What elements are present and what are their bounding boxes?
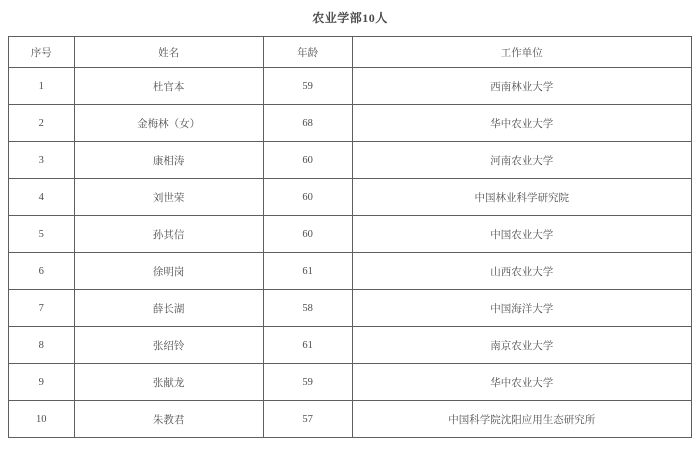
table-row: 4 刘世荣 60 中国林业科学研究院 [9, 179, 692, 216]
cell-no: 5 [9, 216, 75, 253]
cell-name: 金梅林（女） [74, 105, 263, 142]
column-header-name: 姓名 [74, 37, 263, 68]
cell-age: 61 [263, 327, 352, 364]
cell-name: 徐明岗 [74, 253, 263, 290]
cell-name: 刘世荣 [74, 179, 263, 216]
table-row: 5 孙其信 60 中国农业大学 [9, 216, 692, 253]
cell-age: 61 [263, 253, 352, 290]
cell-age: 60 [263, 216, 352, 253]
cell-org: 华中农业大学 [352, 105, 691, 142]
cell-no: 3 [9, 142, 75, 179]
column-header-no: 序号 [9, 37, 75, 68]
column-header-org: 工作单位 [352, 37, 691, 68]
cell-name: 杜官本 [74, 68, 263, 105]
cell-no: 2 [9, 105, 75, 142]
cell-org: 中国农业大学 [352, 216, 691, 253]
cell-age: 60 [263, 179, 352, 216]
table-row: 3 康相涛 60 河南农业大学 [9, 142, 692, 179]
table-row: 8 张绍铃 61 南京农业大学 [9, 327, 692, 364]
cell-org: 河南农业大学 [352, 142, 691, 179]
cell-org: 西南林业大学 [352, 68, 691, 105]
table-row: 1 杜官本 59 西南林业大学 [9, 68, 692, 105]
roster-table: 序号 姓名 年龄 工作单位 1 杜官本 59 西南林业大学 2 金梅林（女） 6… [8, 36, 692, 438]
cell-name: 孙其信 [74, 216, 263, 253]
cell-name: 薛长湖 [74, 290, 263, 327]
cell-name: 张绍铃 [74, 327, 263, 364]
cell-name: 朱教君 [74, 401, 263, 438]
cell-age: 60 [263, 142, 352, 179]
table-row: 2 金梅林（女） 68 华中农业大学 [9, 105, 692, 142]
cell-org: 南京农业大学 [352, 327, 691, 364]
cell-age: 57 [263, 401, 352, 438]
cell-age: 58 [263, 290, 352, 327]
table-header-row: 序号 姓名 年龄 工作单位 [9, 37, 692, 68]
cell-org: 山西农业大学 [352, 253, 691, 290]
column-header-age: 年龄 [263, 37, 352, 68]
cell-org: 中国科学院沈阳应用生态研究所 [352, 401, 691, 438]
table-row: 9 张献龙 59 华中农业大学 [9, 364, 692, 401]
cell-org: 中国海洋大学 [352, 290, 691, 327]
cell-no: 6 [9, 253, 75, 290]
page-title: 农业学部10人 [0, 9, 700, 27]
cell-age: 68 [263, 105, 352, 142]
table-row: 6 徐明岗 61 山西农业大学 [9, 253, 692, 290]
cell-no: 8 [9, 327, 75, 364]
cell-no: 4 [9, 179, 75, 216]
cell-name: 康相涛 [74, 142, 263, 179]
table-row: 10 朱教君 57 中国科学院沈阳应用生态研究所 [9, 401, 692, 438]
document-page: 农业学部10人 序号 姓名 年龄 工作单位 1 杜官本 59 西南林业大学 2 … [0, 0, 700, 456]
cell-no: 9 [9, 364, 75, 401]
cell-age: 59 [263, 68, 352, 105]
cell-name: 张献龙 [74, 364, 263, 401]
cell-no: 1 [9, 68, 75, 105]
cell-org: 中国林业科学研究院 [352, 179, 691, 216]
cell-org: 华中农业大学 [352, 364, 691, 401]
cell-no: 7 [9, 290, 75, 327]
table-row: 7 薛长湖 58 中国海洋大学 [9, 290, 692, 327]
cell-no: 10 [9, 401, 75, 438]
cell-age: 59 [263, 364, 352, 401]
